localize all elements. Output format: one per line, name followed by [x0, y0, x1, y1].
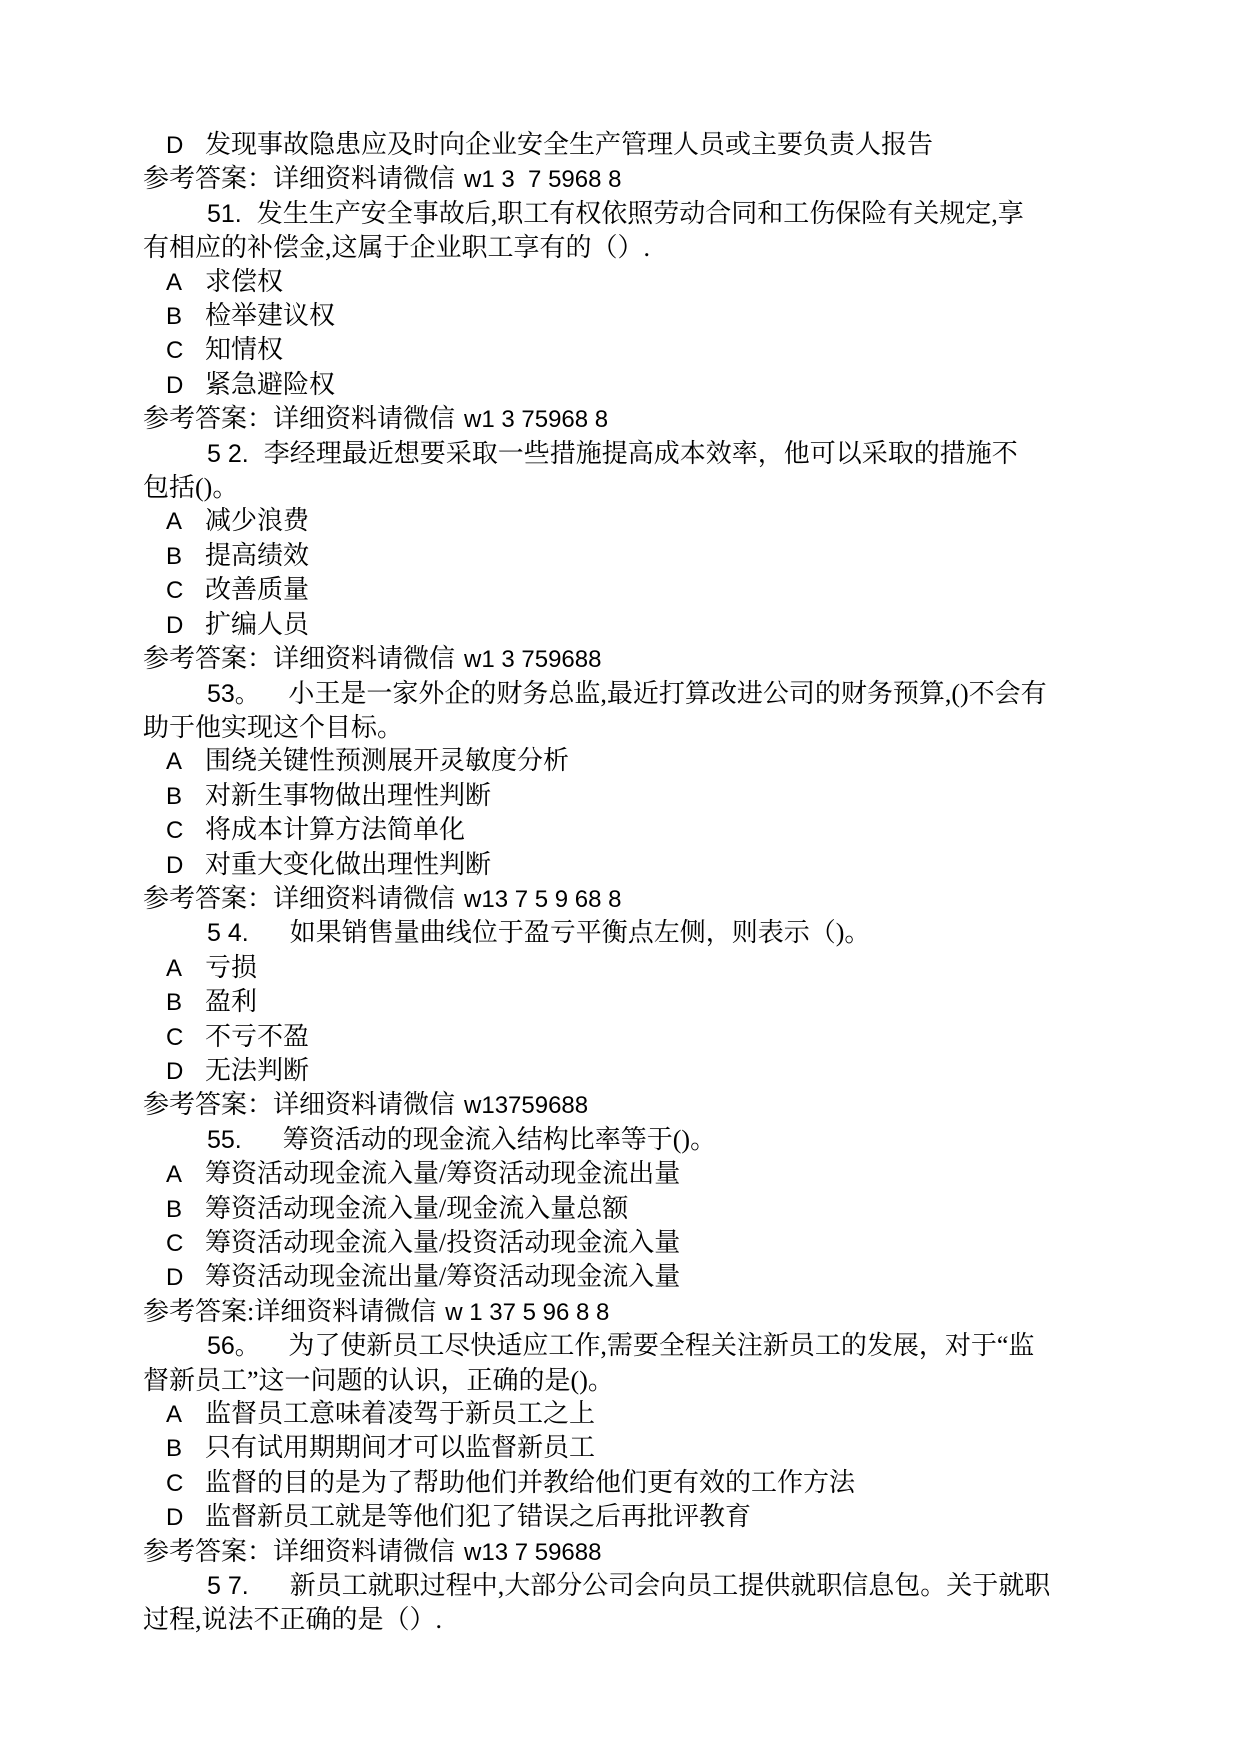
document-page: D发现事故隐患应及时向企业安全生产管理人员或主要负责人报告参考答案：详细资料请微… [0, 0, 1241, 1637]
answer-prefix: 参考答案：详细资料请微信 [143, 404, 455, 433]
answer-line: 参考答案：详细资料请微信w13 7 59688 [143, 1535, 1111, 1569]
question-line: 5 4. 如果销售量曲线位于盈亏平衡点左侧，则表示（)。 [143, 916, 1111, 950]
option-row: D监督新员工就是等他们犯了错误之后再批评教育 [143, 1500, 1111, 1534]
option-text: 盈利 [205, 987, 257, 1016]
option-text: 减少浪费 [205, 506, 309, 535]
option-row: A筹资活动现金流入量/筹资活动现金流出量 [143, 1157, 1111, 1191]
line-text: 包括()。 [143, 473, 238, 502]
continuation-line: 有相应的补偿金,这属于企业职工享有的（）. [143, 231, 1111, 264]
answer-line: 参考答案：详细资料请微信w13 7 5 9 68 8 [143, 882, 1111, 916]
option-letter: A [166, 1398, 205, 1431]
question-number: 51. [207, 200, 242, 228]
answer-prefix: 参考答案：详细资料请微信 [143, 1537, 455, 1566]
wechat-code: w1 3 759688 [464, 646, 601, 673]
continuation-line: 包括()。 [143, 471, 1111, 504]
option-letter: D [166, 1501, 205, 1534]
option-letter: B [166, 300, 205, 333]
option-letter: D [166, 609, 205, 642]
question-line: 53。 小王是一家外企的财务总监,最近打算改进公司的财务预算,()不会有 [143, 677, 1111, 711]
question-line: 51.发生生产安全事故后,职工有权依照劳动合同和工伤保险有关规定,享 [143, 197, 1111, 231]
option-row: B提高绩效 [143, 539, 1111, 573]
answer-prefix: 参考答案：详细资料请微信 [143, 644, 455, 673]
answer-line: 参考答案：详细资料请微信w1 3 75968 8 [143, 402, 1111, 436]
wechat-code: w1 3 75968 8 [464, 406, 608, 433]
line-text: 有相应的补偿金,这属于企业职工享有的（）. [143, 233, 650, 262]
line-text: 督新员工”这一问题的认识，正确的是()。 [143, 1366, 614, 1395]
option-text: 筹资活动现金流入量/现金流入量总额 [205, 1194, 628, 1223]
option-row: B盈利 [143, 985, 1111, 1019]
option-row: D扩编人员 [143, 608, 1111, 642]
option-text: 亏损 [205, 953, 257, 982]
option-row: C改善质量 [143, 573, 1111, 607]
option-letter: C [166, 334, 205, 367]
question-text: 为了使新员工尽快适应工作,需要全程关注新员工的发展，对于“监 [262, 1331, 1034, 1360]
question-line: 55. 筹资活动的现金流入结构比率等于()。 [143, 1123, 1111, 1157]
option-text: 筹资活动现金流出量/筹资活动现金流入量 [205, 1262, 680, 1291]
wechat-code: w13 7 59688 [464, 1539, 601, 1566]
option-row: D对重大变化做出理性判断 [143, 848, 1111, 882]
continuation-line: 助于他实现这个目标。 [143, 711, 1111, 744]
option-letter: B [166, 780, 205, 813]
option-letter: D [166, 369, 205, 402]
wechat-code: w13 7 5 9 68 8 [464, 886, 621, 913]
option-text: 紧急避险权 [205, 370, 335, 399]
option-letter: D [166, 129, 205, 162]
option-row: B检举建议权 [143, 299, 1111, 333]
answer-line: 参考答案：详细资料请微信w13759688 [143, 1088, 1111, 1122]
option-row: A围绕关键性预测展开灵敏度分析 [143, 744, 1111, 778]
question-line: 56。 为了使新员工尽快适应工作,需要全程关注新员工的发展，对于“监 [143, 1329, 1111, 1363]
option-letter: A [166, 266, 205, 299]
option-letter: B [166, 540, 205, 573]
option-row: D无法判断 [143, 1054, 1111, 1088]
option-letter: B [166, 1432, 205, 1465]
option-letter: C [166, 1467, 205, 1500]
question-number: 5 2. [207, 440, 249, 468]
answer-prefix: 参考答案：详细资料请微信 [143, 884, 455, 913]
option-text: 将成本计算方法简单化 [205, 815, 465, 844]
option-text: 知情权 [205, 335, 283, 364]
option-letter: C [166, 574, 205, 607]
option-text: 发现事故隐患应及时向企业安全生产管理人员或主要负责人报告 [205, 130, 933, 159]
option-letter: A [166, 505, 205, 538]
answer-prefix: 参考答案：详细资料请微信 [143, 1090, 455, 1119]
continuation-line: 督新员工”这一问题的认识，正确的是()。 [143, 1364, 1111, 1397]
option-text: 对重大变化做出理性判断 [205, 850, 491, 879]
continuation-line: 过程,说法不正确的是（）. [143, 1603, 1111, 1636]
option-letter: A [166, 1158, 205, 1191]
option-text: 筹资活动现金流入量/筹资活动现金流出量 [205, 1159, 680, 1188]
option-text: 对新生事物做出理性判断 [205, 781, 491, 810]
option-row: C筹资活动现金流入量/投资活动现金流入量 [143, 1226, 1111, 1260]
option-text: 检举建议权 [205, 301, 335, 330]
option-letter: C [166, 1227, 205, 1260]
option-text: 不亏不盈 [205, 1022, 309, 1051]
question-text: 如果销售量曲线位于盈亏平衡点左侧，则表示（)。 [264, 918, 871, 947]
option-letter: D [166, 849, 205, 882]
option-row: C监督的目的是为了帮助他们并教给他们更有效的工作方法 [143, 1466, 1111, 1500]
option-text: 监督新员工就是等他们犯了错误之后再批评教育 [205, 1502, 751, 1531]
line-text: 助于他实现这个目标。 [143, 713, 403, 742]
document: { "page": { "background_color": "#ffffff… [0, 0, 1241, 1754]
answer-prefix: 参考答案：详细资料请微信 [143, 164, 455, 193]
question-number: 55. [207, 1126, 242, 1154]
option-row: A亏损 [143, 951, 1111, 985]
option-text: 筹资活动现金流入量/投资活动现金流入量 [205, 1228, 680, 1257]
question-number: 53。 [207, 680, 247, 708]
option-text: 扩编人员 [205, 610, 309, 639]
question-number: 56。 [207, 1332, 247, 1360]
question-text: 新员工就职过程中,大部分公司会向员工提供就职信息包。关于就职 [264, 1571, 1051, 1600]
option-row: C不亏不盈 [143, 1020, 1111, 1054]
option-row: B对新生事物做出理性判断 [143, 779, 1111, 813]
option-letter: B [166, 1193, 205, 1226]
question-text: 筹资活动的现金流入结构比率等于()。 [257, 1125, 716, 1154]
option-row: C知情权 [143, 333, 1111, 367]
question-line: 5 7. 新员工就职过程中,大部分公司会向员工提供就职信息包。关于就职 [143, 1569, 1111, 1603]
option-letter: A [166, 952, 205, 985]
question-number: 5 4. [207, 919, 249, 947]
option-row: C将成本计算方法简单化 [143, 813, 1111, 847]
option-letter: C [166, 1021, 205, 1054]
option-row: D筹资活动现金流出量/筹资活动现金流入量 [143, 1260, 1111, 1294]
option-text: 无法判断 [205, 1056, 309, 1085]
option-letter: C [166, 814, 205, 847]
option-row: A求偿权 [143, 265, 1111, 299]
question-number: 5 7. [207, 1572, 249, 1600]
option-text: 监督员工意味着凌驾于新员工之上 [205, 1399, 595, 1428]
question-line: 5 2.李经理最近想要采取一些措施提高成本效率，他可以采取的措施不 [143, 437, 1111, 471]
answer-line: 参考答案：详细资料请微信w1 3 7 5968 8 [143, 162, 1111, 196]
option-row: D发现事故隐患应及时向企业安全生产管理人员或主要负责人报告 [143, 128, 1111, 162]
option-text: 求偿权 [205, 267, 283, 296]
option-row: A监督员工意味着凌驾于新员工之上 [143, 1397, 1111, 1431]
answer-prefix: 参考答案:详细资料请微信 [143, 1297, 436, 1326]
option-letter: A [166, 745, 205, 778]
answer-line: 参考答案:详细资料请微信w 1 37 5 96 8 8 [143, 1295, 1111, 1329]
option-text: 围绕关键性预测展开灵敏度分析 [205, 746, 569, 775]
answer-line: 参考答案：详细资料请微信w1 3 759688 [143, 642, 1111, 676]
option-row: B只有试用期期间才可以监督新员工 [143, 1431, 1111, 1465]
option-letter: D [166, 1055, 205, 1088]
wechat-code: w1 3 7 5968 8 [464, 166, 621, 193]
option-row: B筹资活动现金流入量/现金流入量总额 [143, 1192, 1111, 1226]
option-row: D紧急避险权 [143, 368, 1111, 402]
option-letter: B [166, 986, 205, 1019]
question-text: 发生生产安全事故后,职工有权依照劳动合同和工伤保险有关规定,享 [257, 199, 1024, 228]
option-text: 只有试用期期间才可以监督新员工 [205, 1433, 595, 1462]
question-text: 李经理最近想要采取一些措施提高成本效率，他可以采取的措施不 [264, 439, 1018, 468]
wechat-code: w 1 37 5 96 8 8 [445, 1299, 609, 1326]
wechat-code: w13759688 [464, 1092, 588, 1119]
option-letter: D [166, 1261, 205, 1294]
option-text: 提高绩效 [205, 541, 309, 570]
option-row: A减少浪费 [143, 504, 1111, 538]
option-text: 监督的目的是为了帮助他们并教给他们更有效的工作方法 [205, 1468, 855, 1497]
option-text: 改善质量 [205, 575, 309, 604]
question-text: 小王是一家外企的财务总监,最近打算改进公司的财务预算,()不会有 [262, 679, 1046, 708]
line-text: 过程,说法不正确的是（）. [143, 1605, 442, 1634]
